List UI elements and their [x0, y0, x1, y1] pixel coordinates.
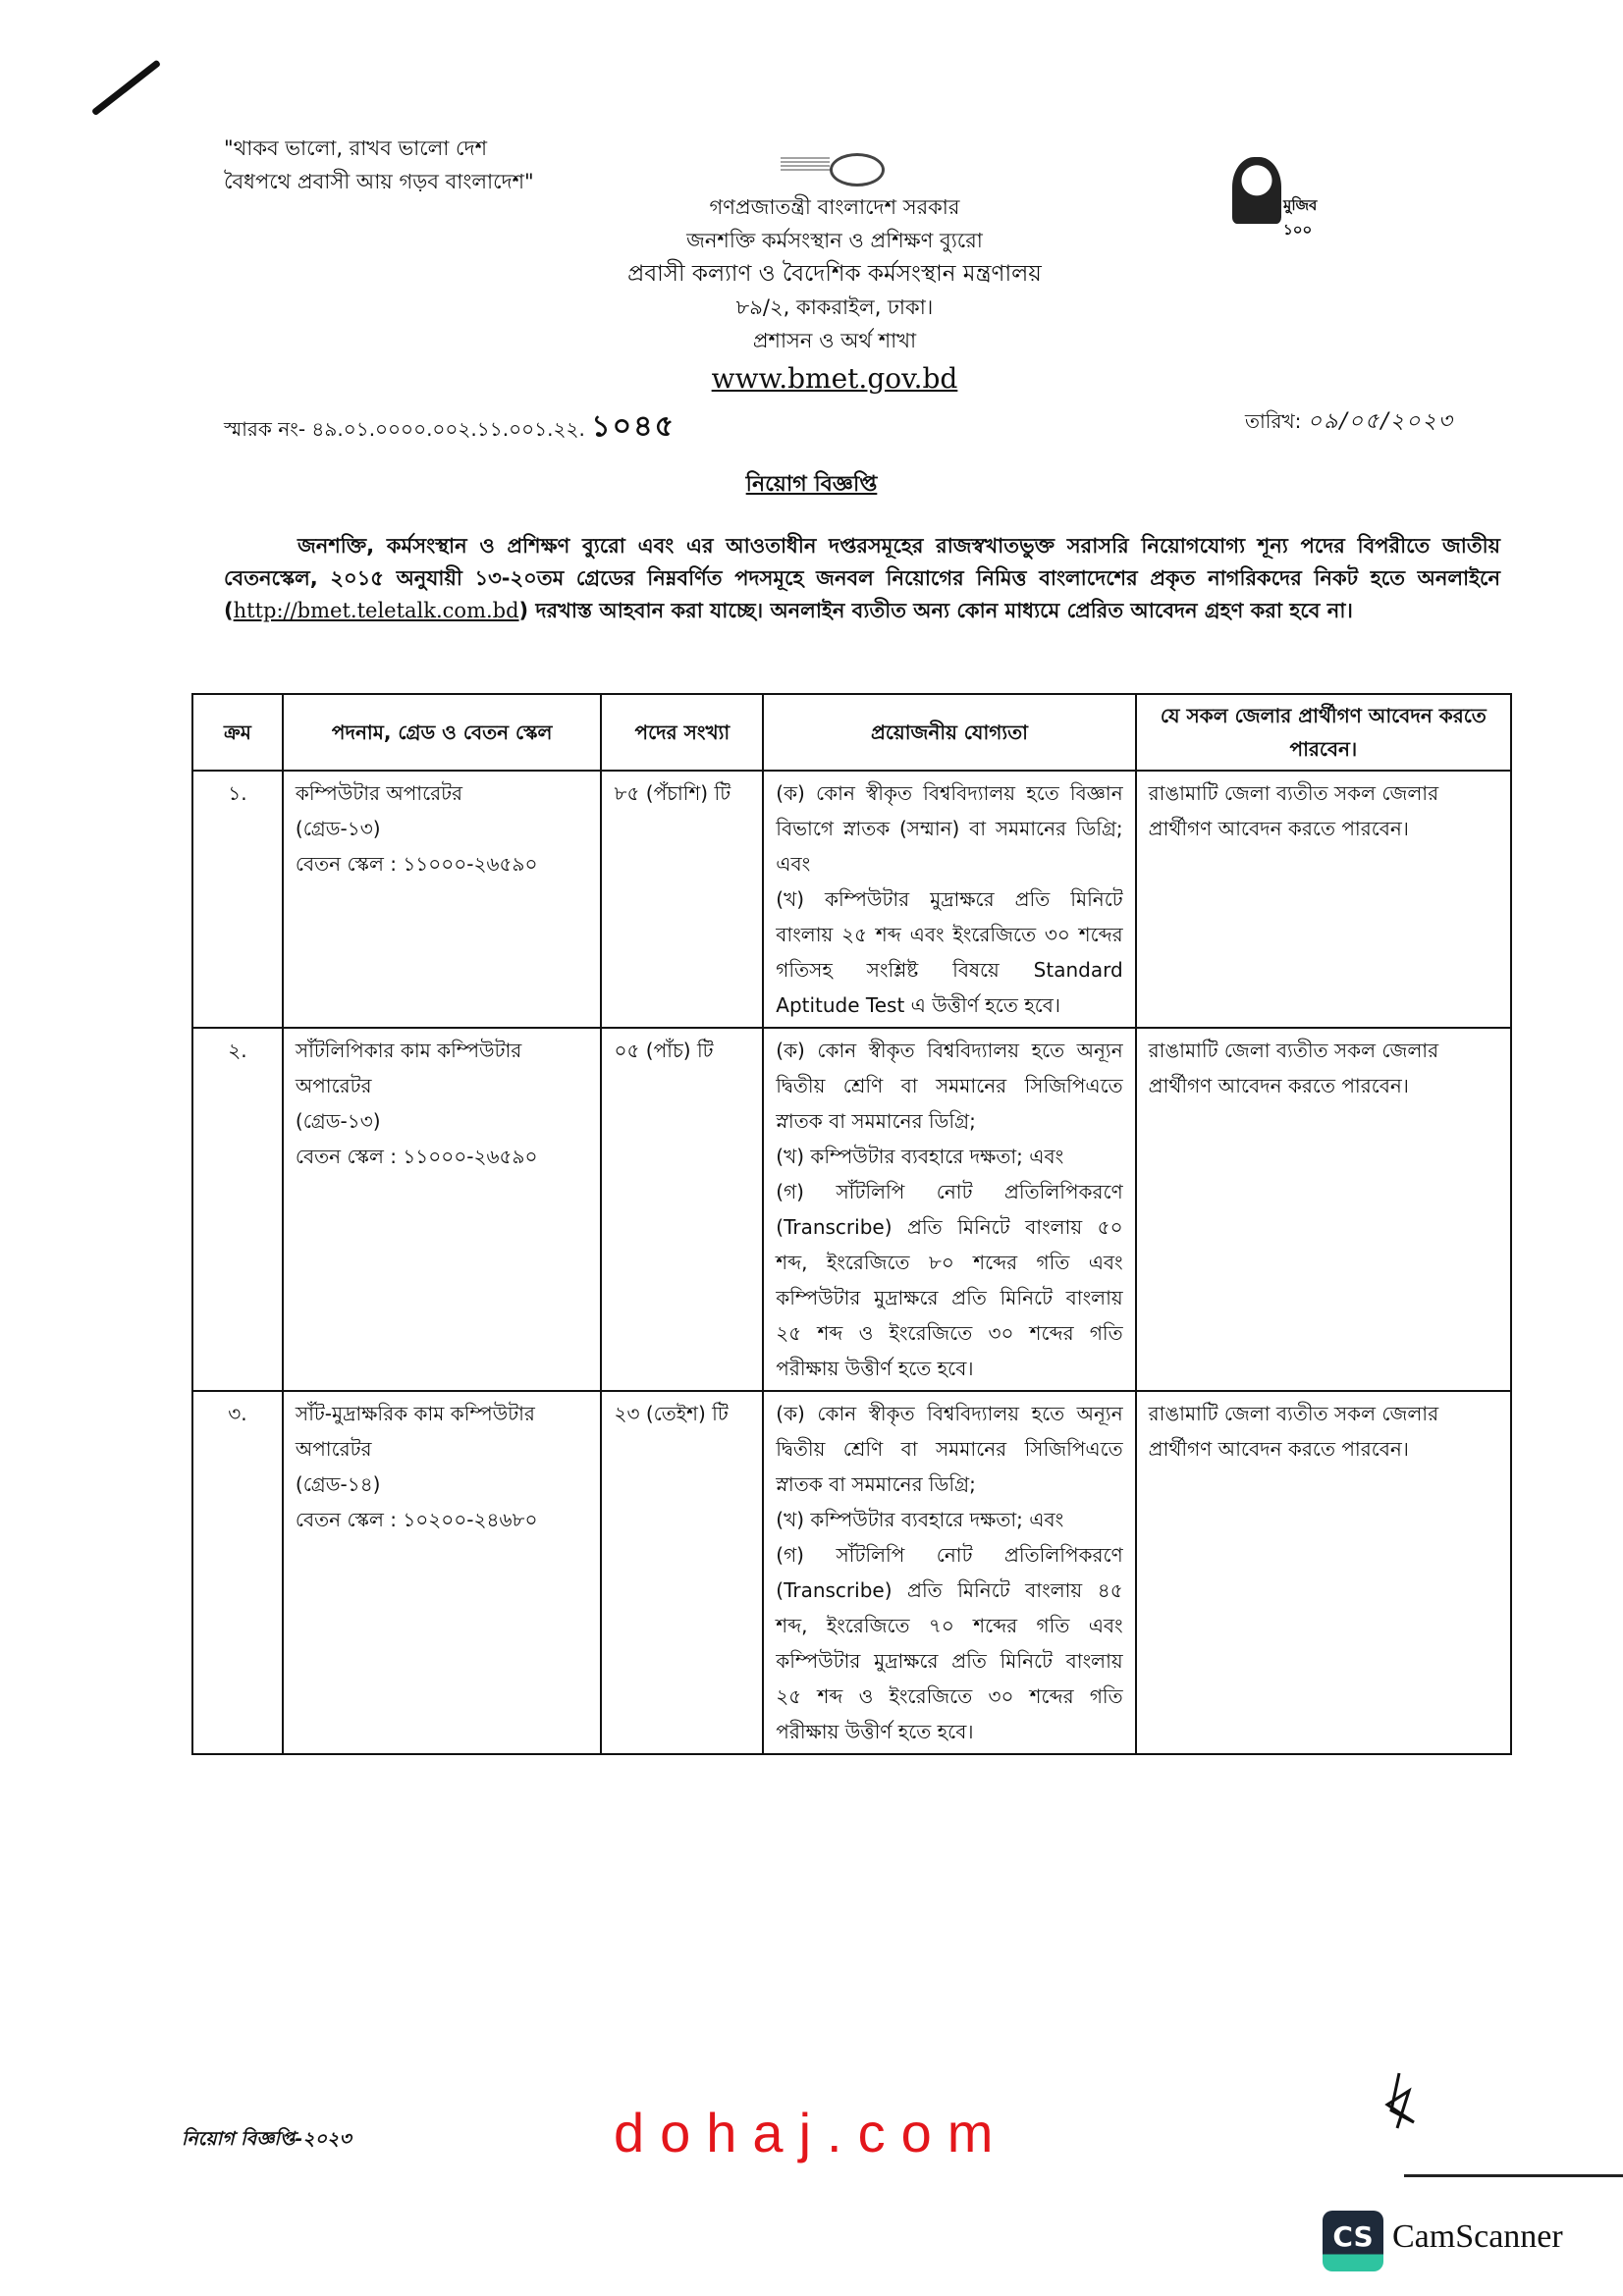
- qualification-item: (ক) কোন স্বীকৃত বিশ্ববিদ্যালয় হতে বিজ্ঞ…: [776, 775, 1122, 881]
- post-name: সাঁট-মুদ্রাক্ষরিক কাম কম্পিউটার অপারেটর: [296, 1396, 589, 1467]
- qualification-item: (ক) কোন স্বীকৃত বিশ্ববিদ্যালয় হতে অন্যূ…: [776, 1396, 1122, 1502]
- qualification-item: (গ) সাঁটলিপি নোট প্রতিলিপিকরণে (Transcri…: [776, 1174, 1122, 1386]
- header-post-count: পদের সংখ্যা: [601, 694, 763, 771]
- signature-icon: [1370, 2071, 1429, 2130]
- pen-stroke-mark: [91, 59, 161, 116]
- gov-name: গণপ্রজাতন্ত্রী বাংলাদেশ সরকার: [511, 190, 1159, 224]
- date-label: তারিখ:: [1245, 409, 1301, 433]
- cell-districts: রাঙামাটি জেলা ব্যতীত সকল জেলার প্রার্থীগ…: [1136, 771, 1511, 1028]
- date-value: ০৯/০৫/২০২৩: [1308, 409, 1454, 434]
- table-row: ৩. সাঁট-মুদ্রাক্ষরিক কাম কম্পিউটার অপারে…: [192, 1391, 1511, 1754]
- cell-post: সাঁটলিপিকার কাম কম্পিউটার অপারেটর (গ্রেড…: [283, 1028, 602, 1391]
- slogan: "থাকব ভালো, রাখব ভালো দেশ বৈধপথে প্রবাসী…: [224, 132, 534, 198]
- posts-table: ক্রম পদনাম, গ্রেড ও বেতন স্কেল পদের সংখ্…: [191, 693, 1512, 1755]
- letterhead: গণপ্রজাতন্ত্রী বাংলাদেশ সরকার জনশক্তি কর…: [511, 147, 1159, 399]
- qualification-item: (খ) কম্পিউটার ব্যবহারে দক্ষতা; এবং: [776, 1502, 1122, 1537]
- post-grade: (গ্রেড-১৩): [296, 1103, 589, 1139]
- qualification-item: (খ) কম্পিউটার ব্যবহারে দক্ষতা; এবং: [776, 1139, 1122, 1174]
- website-link[interactable]: www.bmet.gov.bd: [511, 359, 1159, 399]
- header-eligible-districts: যে সকল জেলার প্রার্থীগণ আবেদন করতে পারবে…: [1136, 694, 1511, 771]
- mujib-logo-text: মুজিব ১০০: [1283, 194, 1340, 243]
- cell-count: ০৫ (পাঁচ) টি: [601, 1028, 763, 1391]
- camscanner-logo-icon: CS: [1323, 2211, 1383, 2271]
- cell-serial: ৩.: [192, 1391, 283, 1754]
- table-header-row: ক্রম পদনাম, গ্রেড ও বেতন স্কেল পদের সংখ্…: [192, 694, 1511, 771]
- qualification-item: (ক) কোন স্বীকৃত বিশ্ববিদ্যালয় হতে অন্যূ…: [776, 1033, 1122, 1139]
- cell-post: কম্পিউটার অপারেটর (গ্রেড-১৩) বেতন স্কেল …: [283, 771, 602, 1028]
- post-pay-scale: বেতন স্কেল : ১১০০০-২৬৫৯০: [296, 1139, 589, 1174]
- memo-label: স্মারক নং- ৪৯.০১.০০০০.০০২.১১.০০১.২২.: [224, 417, 585, 441]
- cell-districts: রাঙামাটি জেলা ব্যতীত সকল জেলার প্রার্থীগ…: [1136, 1391, 1511, 1754]
- header-qualification: প্রয়োজনীয় যোগ্যতা: [763, 694, 1135, 771]
- camscanner-name: CamScanner: [1392, 2218, 1563, 2256]
- cell-qualification: (ক) কোন স্বীকৃত বিশ্ববিদ্যালয় হতে অন্যূ…: [763, 1028, 1135, 1391]
- bureau-name: জনশক্তি কর্মসংস্থান ও প্রশিক্ষণ ব্যুরো: [511, 224, 1159, 257]
- cell-count: ৮৫ (পঁচাশি) টি: [601, 771, 763, 1028]
- signature-rule: [1404, 2174, 1623, 2177]
- application-link[interactable]: http://bmet.teletalk.com.bd: [234, 599, 519, 622]
- table-row: ২. সাঁটলিপিকার কাম কম্পিউটার অপারেটর (গ্…: [192, 1028, 1511, 1391]
- cell-post: সাঁট-মুদ্রাক্ষরিক কাম কম্পিউটার অপারেটর …: [283, 1391, 602, 1754]
- memo-handwritten-number: ১০৪৫: [591, 409, 676, 444]
- post-grade: (গ্রেড-১৪): [296, 1467, 589, 1502]
- cell-qualification: (ক) কোন স্বীকৃত বিশ্ববিদ্যালয় হতে অন্যূ…: [763, 1391, 1135, 1754]
- cell-qualification: (ক) কোন স্বীকৃত বিশ্ববিদ্যালয় হতে বিজ্ঞ…: [763, 771, 1135, 1028]
- qualification-item: (খ) কম্পিউটার মুদ্রাক্ষরে প্রতি মিনিটে ব…: [776, 881, 1122, 1023]
- slogan-line-2: বৈধপথে প্রবাসী আয় গড়ব বাংলাদেশ": [224, 165, 534, 198]
- qualification-item: (গ) সাঁটলিপি নোট প্রতিলিপিকরণে (Transcri…: [776, 1537, 1122, 1749]
- footer-label: নিয়োগ বিজ্ঞপ্তি-২০২৩: [182, 2125, 352, 2157]
- mujib-100-logo-icon: মুজিব ১০০: [1222, 157, 1340, 231]
- post-pay-scale: বেতন স্কেল : ১১০০০-২৬৫৯০: [296, 846, 589, 881]
- header-post-name: পদনাম, গ্রেড ও বেতন স্কেল: [283, 694, 602, 771]
- header-serial: ক্রম: [192, 694, 283, 771]
- cell-serial: ২.: [192, 1028, 283, 1391]
- cell-districts: রাঙামাটি জেলা ব্যতীত সকল জেলার প্রার্থীগ…: [1136, 1028, 1511, 1391]
- cell-serial: ১.: [192, 771, 283, 1028]
- watermark: dohaj.com: [614, 2101, 1008, 2164]
- memo-number: স্মারক নং- ৪৯.০১.০০০০.০০২.১১.০০১.২২. ১০৪…: [224, 402, 676, 453]
- ministry-name: প্রবাসী কল্যাণ ও বৈদেশিক কর্মসংস্থান মন্…: [511, 257, 1159, 291]
- table-row: ১. কম্পিউটার অপারেটর (গ্রেড-১৩) বেতন স্ক…: [192, 771, 1511, 1028]
- intro-text-after: ) দরখাস্ত আহবান করা যাচ্ছে। অনলাইন ব্যতী…: [519, 599, 1353, 622]
- cell-count: ২৩ (তেইশ) টি: [601, 1391, 763, 1754]
- page-title: নিয়োগ বিজ্ঞপ্তি: [0, 467, 1623, 504]
- bmet-logo-icon: [781, 147, 889, 187]
- post-grade: (গ্রেড-১৩): [296, 811, 589, 846]
- post-pay-scale: বেতন স্কেল : ১০২০০-২৪৬৮০: [296, 1502, 589, 1537]
- issue-date: তারিখ: ০৯/০৫/২০২৩: [1245, 404, 1454, 441]
- post-name: সাঁটলিপিকার কাম কম্পিউটার অপারেটর: [296, 1033, 589, 1103]
- branch-name: প্রশাসন ও অর্থ শাখা: [511, 324, 1159, 357]
- post-name: কম্পিউটার অপারেটর: [296, 775, 589, 811]
- intro-paragraph: জনশক্তি, কর্মসংস্থান ও প্রশিক্ষণ ব্যুরো …: [224, 530, 1500, 627]
- office-address: ৮৯/২, কাকরাইল, ঢাকা।: [511, 291, 1159, 324]
- slogan-line-1: "থাকব ভালো, রাখব ভালো দেশ: [224, 132, 534, 165]
